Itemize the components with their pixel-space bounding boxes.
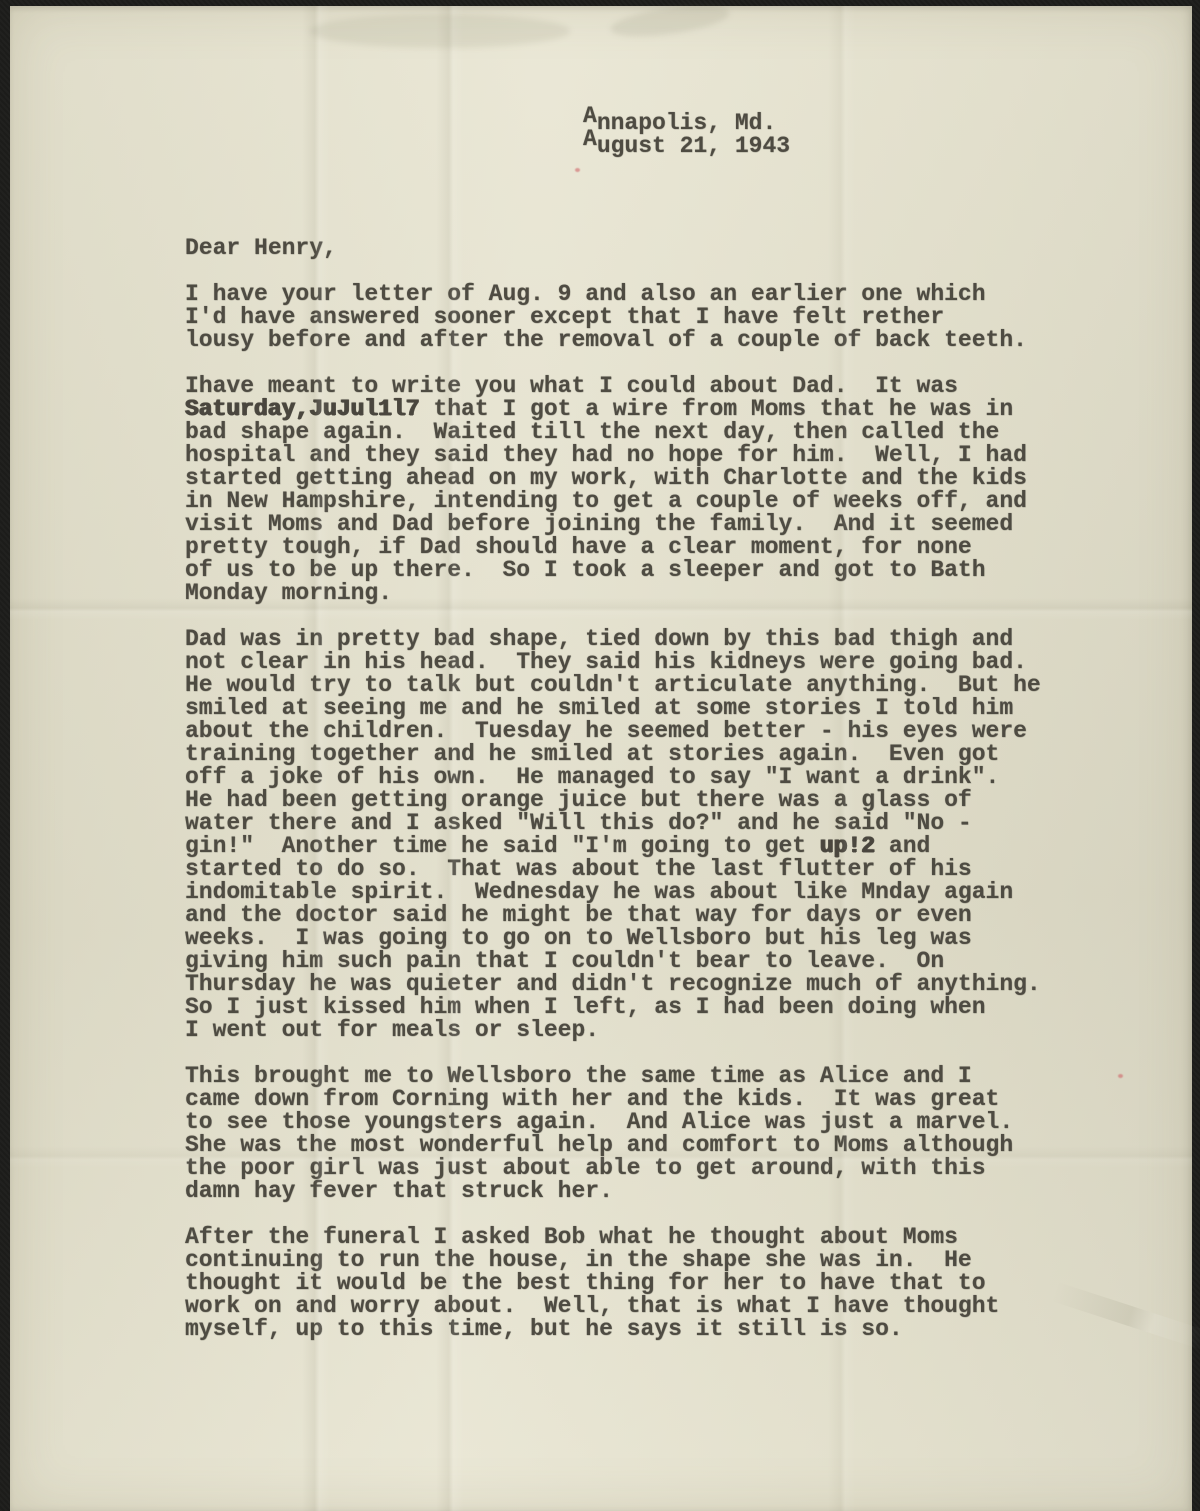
salutation: Dear Henry, bbox=[185, 237, 1152, 260]
dateline-date: August 21, 1943 bbox=[583, 135, 1152, 158]
paragraph-news-of-dad: Ihave meant to write you what I could ab… bbox=[185, 375, 1152, 605]
paragraph-intro: I have your letter of Aug. 9 and also an… bbox=[185, 283, 1152, 352]
scanned-letter-page: { "colors": { "paper": "#e9e6d3", "scann… bbox=[0, 0, 1200, 1511]
paragraph-wellsboro-alice: This brought me to Wellsboro the same ti… bbox=[185, 1065, 1152, 1203]
paragraph-hospital-visit: Dad was in pretty bad shape, tied down b… bbox=[185, 628, 1152, 1042]
ink-bleedthrough-smudge bbox=[310, 14, 570, 48]
letter-paper: Annapolis, Md. August 21, 1943 Dear Henr… bbox=[10, 6, 1192, 1511]
red-ribbon-speck-dateline bbox=[575, 168, 580, 172]
dateline-city: Annapolis, Md. bbox=[583, 112, 1152, 135]
pencil-scratch-mark bbox=[609, 0, 731, 42]
paragraph-after-funeral: After the funeral I asked Bob what he th… bbox=[185, 1226, 1152, 1341]
